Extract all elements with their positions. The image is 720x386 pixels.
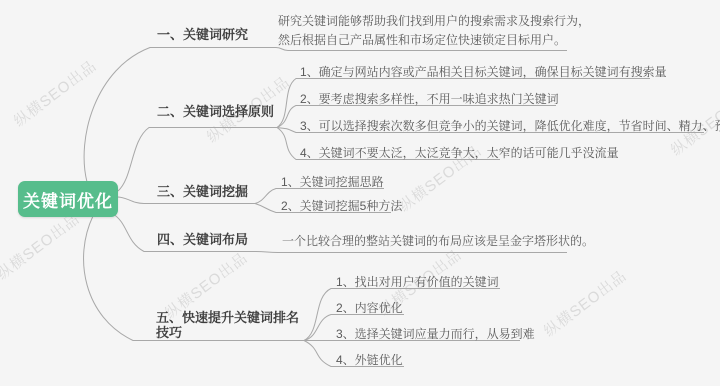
branch-5-topic[interactable]: 五、快速提升关键词排名 技巧: [156, 310, 299, 340]
branch-4-topic[interactable]: 四、关键词布局: [157, 232, 248, 247]
mindmap-canvas: 纵横SEO出品 纵横SEO出品 纵横SEO出品 纵横SEO出品 纵横SEO出品 …: [0, 0, 720, 386]
branch-2-item-4[interactable]: 4、关键词不要太泛，太泛竞争大，太窄的话可能几乎没流量: [300, 144, 619, 161]
branch-3-topic[interactable]: 三、关键词挖掘: [157, 184, 248, 199]
branch-4-note[interactable]: 一个比较合理的整站关键词的布局应该是呈金字塔形状的。: [282, 234, 594, 249]
branch-2-item-3[interactable]: 3、可以选择搜索次数多但竞争小的关键词，降低优化难度，节省时间、精力、预算: [300, 117, 720, 134]
branch-2-item-1[interactable]: 1、确定与网站内容或产品相关目标关键词，确保目标关键词有搜索量: [300, 63, 667, 80]
branch-1-note[interactable]: 研究关键词能够帮助我们找到用户的搜索需求及搜索行为， 然后根据自己产品属性和市场…: [278, 12, 590, 50]
branch-5-item-1[interactable]: 1、找出对用户有价值的关键词: [336, 273, 499, 290]
branch-2-connector: [118, 128, 277, 192]
branch-5-item-3[interactable]: 3、选择关键词应量力而行，从易到难: [336, 325, 535, 342]
branch-3-item-1[interactable]: 1、关键词挖掘思路: [281, 173, 384, 190]
branch-2-item-2[interactable]: 2、要考虑搜索多样性，不用一味追求热门关键词: [300, 90, 559, 107]
branch-1-topic[interactable]: 一、关键词研究: [157, 27, 248, 42]
branch-5-item-4[interactable]: 4、外链优化: [336, 351, 403, 368]
branch-5-item-2[interactable]: 2、内容优化: [336, 299, 403, 316]
branch-3-item-2[interactable]: 2、关键词挖掘5种方法: [281, 197, 402, 214]
root-node[interactable]: 关键词优化: [18, 181, 118, 217]
branch-2-topic[interactable]: 二、关键词选择原则: [157, 104, 274, 119]
